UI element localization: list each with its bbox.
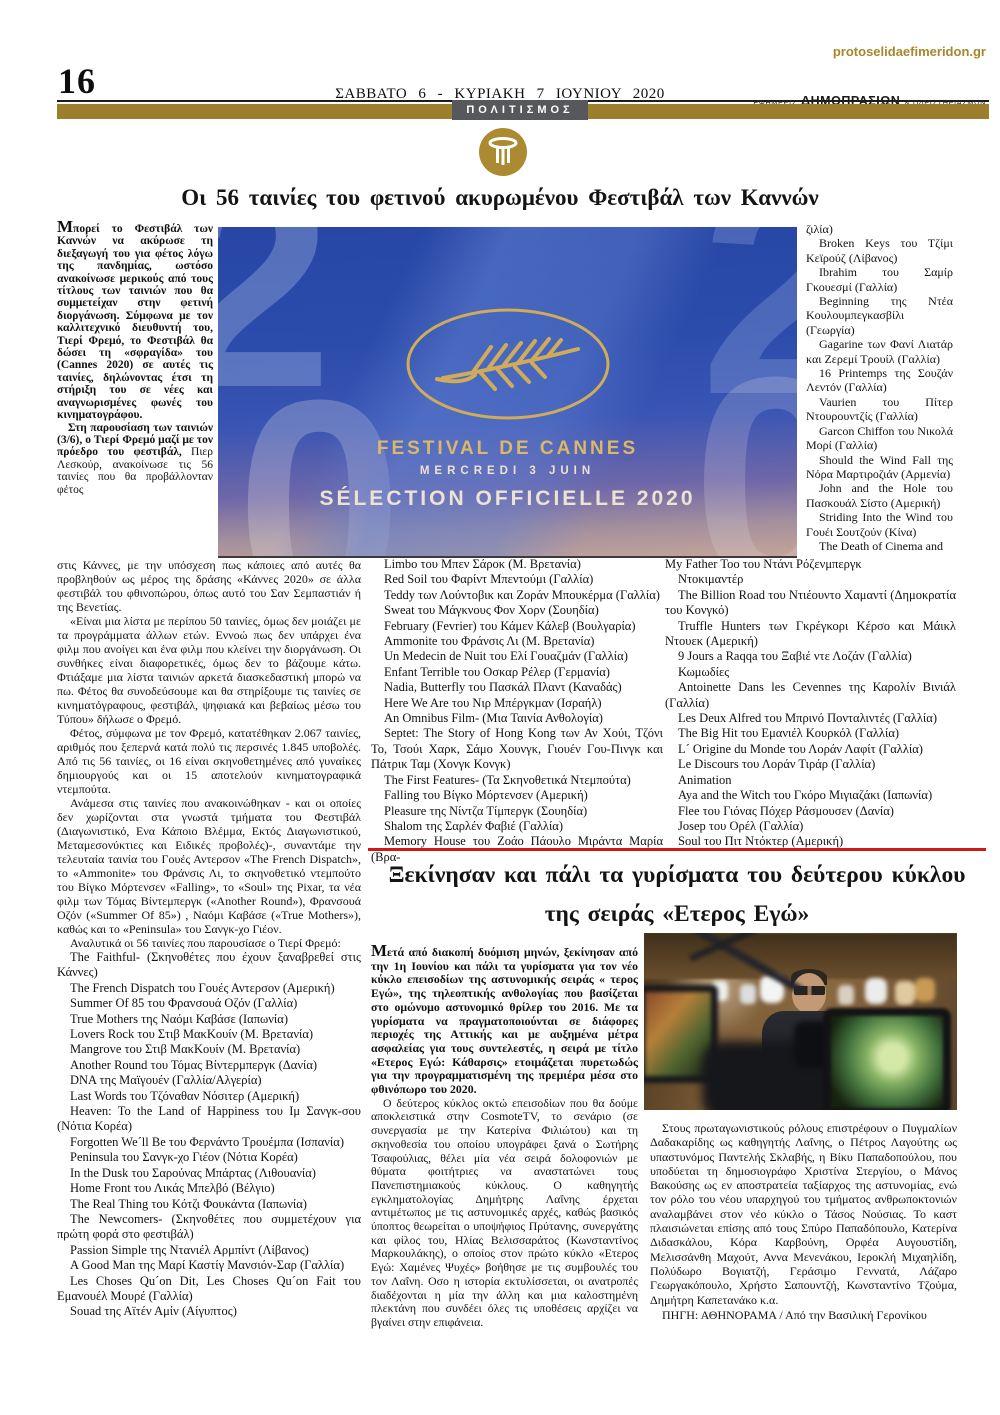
film-item: Κωμωδίες (665, 665, 956, 680)
film-item: Should the Wind Fall της Νόρα Μαρτιροζιά… (806, 453, 953, 482)
film-list-right-narrow: ζιλία)Broken Keys του Τζίμι Κεϊρούζ (Λίβ… (806, 222, 953, 553)
film-item: Les Deux Alfred του Μπρινό Πονταλιντές (… (665, 711, 956, 726)
film-item: Animation (665, 773, 956, 788)
film-item: Red Soil του Φαρίντ Μπεντούμι (Γαλλία) (371, 572, 663, 587)
film-item: Un Medecin de Nuit του Ελί Γουαζμάν (Γαλ… (371, 649, 663, 664)
film-item: Pleasure της Νίντζα Τίμπεργκ (Σουηδία) (371, 804, 663, 819)
article2-paragraph-2: Ο δεύτερος κύκλος οκτώ επεισοδίων που θα… (371, 1097, 638, 1330)
article-separator-rule (368, 848, 986, 851)
film-item: Home Front του Λικάς Μπελβό (Βέλγιο) (57, 1181, 361, 1196)
intro-paragraph-2: Στη παρουσίαση των ταινιών (3/6), ο Τιερ… (57, 422, 213, 496)
film-item: ζιλία) (806, 222, 953, 236)
set-photo (644, 933, 957, 1110)
article2-paragraph-3: Στους πρωταγωνιστικούς ρόλους επιστρέφου… (650, 1121, 957, 1307)
film-item: Vaurien του Πίτερ Ντουρουντζίς (Γαλλία) (806, 395, 953, 424)
poster-content: FESTIVAL DE CANNES MERCREDI 3 JUIN SÉLEC… (218, 227, 797, 511)
film-item: The Big Hit του Εμανιέλ Κουρκόλ (Γαλλία) (665, 726, 956, 741)
body-paragraph: Φέτος, σύμφωνα με τον Φρεμό, κατατέθηκαν… (57, 726, 361, 796)
source-line: ΠΗΓΗ: ΑΘΗΝΟΡΑΜΑ / Από την Βασιλική Γερον… (650, 1308, 957, 1322)
film-item: Souad της Αϊτέν Αμίν (Αίγυπτος) (57, 1304, 361, 1319)
film-item: Broken Keys του Τζίμι Κεϊρούζ (Λίβανος) (806, 236, 953, 265)
film-item: Passion Simple της Ντανιέλ Αρμπίντ (Λίβα… (57, 1243, 361, 1258)
film-item: Summer Of 85 του Φρανσουά Οζόν (Γαλλία) (57, 996, 361, 1011)
body-paragraph: Ανάμεσα στις ταινίες που ανακοινώθηκαν -… (57, 796, 361, 936)
article2-lead: Μετά από διακοπή δυόμιση μηνών, ξεκίνησα… (371, 944, 638, 1097)
film-item: Gagarine των Φανί Λιατάρ και Ζερεμί Τρου… (806, 337, 953, 366)
film-item: Falling του Βίγκο Μόρτενσεν (Αμερική) (371, 788, 663, 803)
film-item: Ibrahim του Σαμίρ Γκουεσμί (Γαλλία) (806, 265, 953, 294)
film-item: Septet: The Story of Hong Kong των Αν Χο… (371, 726, 663, 772)
article1-headline: Οι 56 ταινίες του φετινού ακυρωμένου Φεσ… (60, 185, 940, 211)
film-list-a: The Faithful- (Σκηνοθέτες που έχουν ξανα… (57, 950, 361, 1320)
article2-headline: Ξεκίνησαν και πάλι τα γυρίσματα του δεύτ… (385, 856, 969, 934)
film-item: Garcon Chiffon του Νικολά Μορί (Γαλλία) (806, 424, 953, 453)
film-item: True Mothers της Ναόμι Καβάσε (Ιαπωνία) (57, 1012, 361, 1027)
body-paragraph: στις Κάννες, με την υπόσχεση πως κάποιες… (57, 558, 361, 614)
film-item: Josep του Ορέλ (Γαλλία) (665, 819, 956, 834)
film-item: Le Discours του Λοράν Τιράρ (Γαλλία) (665, 757, 956, 772)
film-item: Here We Are του Νιρ Μπέργκμαν (Ισραήλ) (371, 696, 663, 711)
film-item: Antoinette Dans les Cevennes της Καρολίν… (665, 680, 956, 711)
article2-right-column: Στους πρωταγωνιστικούς ρόλους επιστρέφου… (650, 1121, 957, 1322)
body-paragraph: «Είναι μια λίστα με περίπου 50 ταινίες, … (57, 614, 361, 726)
film-item: The Real Thing του Κότζι Φουκάντα (Ιαπων… (57, 1197, 361, 1212)
film-item: Another Round του Τόμας Βίντερμπεργκ (Δα… (57, 1058, 361, 1073)
film-item: The French Dispatch του Γουές Αντερσον (… (57, 981, 361, 996)
film-item: Lovers Rock του Στιβ ΜακΚουίν (Μ. Βρεταν… (57, 1027, 361, 1042)
film-item: Ντοκιμαντέρ (665, 572, 956, 587)
column-icon (487, 137, 519, 167)
film-item: An Omnibus Film- (Μια Ταινία Ανθολογία) (371, 711, 663, 726)
article1-intro-column: Μπορεί το Φεστιβάλ των Καννών να ακύρωσε… (57, 221, 213, 496)
monitor-right (823, 1008, 951, 1110)
film-item: Striding Into the Wind του Γουέι Σουτζού… (806, 510, 953, 539)
film-item: 9 Jours a Raqqa του Ξαβιέ ντε Λοζάν (Γαλ… (665, 649, 956, 664)
article1-body-paragraphs: στις Κάννες, με την υπόσχεση πως κάποιες… (57, 558, 361, 950)
article2-left-column: Μετά από διακοπή δυόμιση μηνών, ξεκίνησα… (371, 944, 638, 1330)
site-link[interactable]: protoselidaefimeridon.gr (833, 44, 986, 59)
film-item: Enfant Terrible του Οσκαρ Ρέλερ (Γερμανί… (371, 665, 663, 680)
palm-icon (403, 305, 613, 423)
film-item: Limbo του Μπεν Σάροκ (Μ. Βρετανία) (371, 557, 663, 572)
film-item: Aya and the Witch του Γκόρο Μιγιαζάκι (Ι… (665, 788, 956, 803)
film-item: The Newcomers- (Σκηνοθέτες που συμμετέχο… (57, 1212, 361, 1243)
article1-column-a: στις Κάννες, με την υπόσχεση πως κάποιες… (57, 558, 361, 1320)
film-list-c: My Father Too του Ντάνι ΡόζενμπεργκΝτοκι… (665, 557, 956, 850)
film-item: The Billion Road του Ντιέουντο Χαμαντί (… (665, 588, 956, 619)
culture-logo (479, 128, 527, 176)
newspaper-page: protoselidaefimeridon.gr 16 ΣΑΒΒΑΤΟ 6 - … (0, 0, 1000, 1415)
film-list-b: Limbo του Μπεν Σάροκ (Μ. Βρετανία)Red So… (371, 557, 663, 865)
film-item: Last Words του Τζόναθαν Νόσιτερ (Αμερική… (57, 1089, 361, 1104)
palm-logo (403, 305, 613, 428)
film-item: Forgotten We´ll Be του Φερνάντο Τρουέμπα… (57, 1135, 361, 1150)
film-item: In the Dusk του Σαρούνας Μπάρτας (Λιθουα… (57, 1166, 361, 1181)
poster-festival-date: MERCREDI 3 JUIN (218, 465, 797, 477)
film-item: Les Choses Qu´on Dit, Les Choses Qu´on F… (57, 1274, 361, 1305)
film-item: Shalom της Σαρλέν Φαβιέ (Γαλλία) (371, 819, 663, 834)
film-item: L´ Origine du Monde του Λοράν Λαφίτ (Γαλ… (665, 742, 956, 757)
body-paragraph: Αναλυτικά οι 56 ταινίες που παρουσίασε ο… (57, 936, 361, 950)
film-item: Ammonite του Φράνσις Λι (Μ. Βρετανία) (371, 634, 663, 649)
film-item: Teddy των Λούντοβικ και Ζοράν Μπουκέρμα … (371, 588, 663, 603)
film-item: Heaven: To the Land of Happiness του Ιμ … (57, 1104, 361, 1135)
film-item: Peninsula του Σανγκ-χο Γιέον (Νότια Κορέ… (57, 1150, 361, 1165)
film-item: The Faithful- (Σκηνοθέτες που έχουν ξανα… (57, 950, 361, 981)
film-item: John and the Hole του Πασκουάλ Σίστο (Αμ… (806, 481, 953, 510)
film-item: 16 Printemps της Σουζάν Λεντόν (Γαλλία) (806, 366, 953, 395)
film-item: Sweat του Μάγκνους Φον Χορν (Σουηδία) (371, 603, 663, 618)
poster-selection-title: SÉLECTION OFFICIELLE 2020 (218, 487, 797, 511)
film-item: Beginning της Ντέα Κουλουμπεγκασβίλι (Γε… (806, 294, 953, 337)
film-item: Truffle Hunters των Γκρέγκορι Κέρσο και … (665, 619, 956, 650)
intro-paragraph-1: Μπορεί το Φεστιβάλ των Καννών να ακύρωσε… (57, 221, 213, 422)
film-item: The Death of Cinema and (806, 539, 953, 553)
film-item: A Good Man της Μαρί Καστίγ Μανσιόν-Σαρ (… (57, 1258, 361, 1273)
film-item: Mangrove του Στιβ ΜακΚουίν (Μ. Βρετανία) (57, 1042, 361, 1057)
film-item: The First Features- (Τα Σκηνοθετικά Ντεμ… (371, 773, 663, 788)
cannes-poster-image: 2 0 2 0 (218, 227, 797, 558)
section-label: ΠΟΛΙΤΙΣΜΟΣ (452, 100, 588, 120)
film-item: My Father Too του Ντάνι Ρόζενμπεργκ (665, 557, 956, 572)
film-item: February (Fevrier) του Κάμεν Κάλεβ (Βουλ… (371, 619, 663, 634)
poster-festival-title: FESTIVAL DE CANNES (218, 438, 797, 460)
film-item: DNA της Μαϊγουέν (Γαλλία/Αλγερία) (57, 1073, 361, 1088)
film-item: Flee του Γιόνας Πόχερ Ράσμουσεν (Δανία) (665, 804, 956, 819)
film-item: Nadia, Butterfly του Πασκάλ Πλαντ (Καναδ… (371, 680, 663, 695)
